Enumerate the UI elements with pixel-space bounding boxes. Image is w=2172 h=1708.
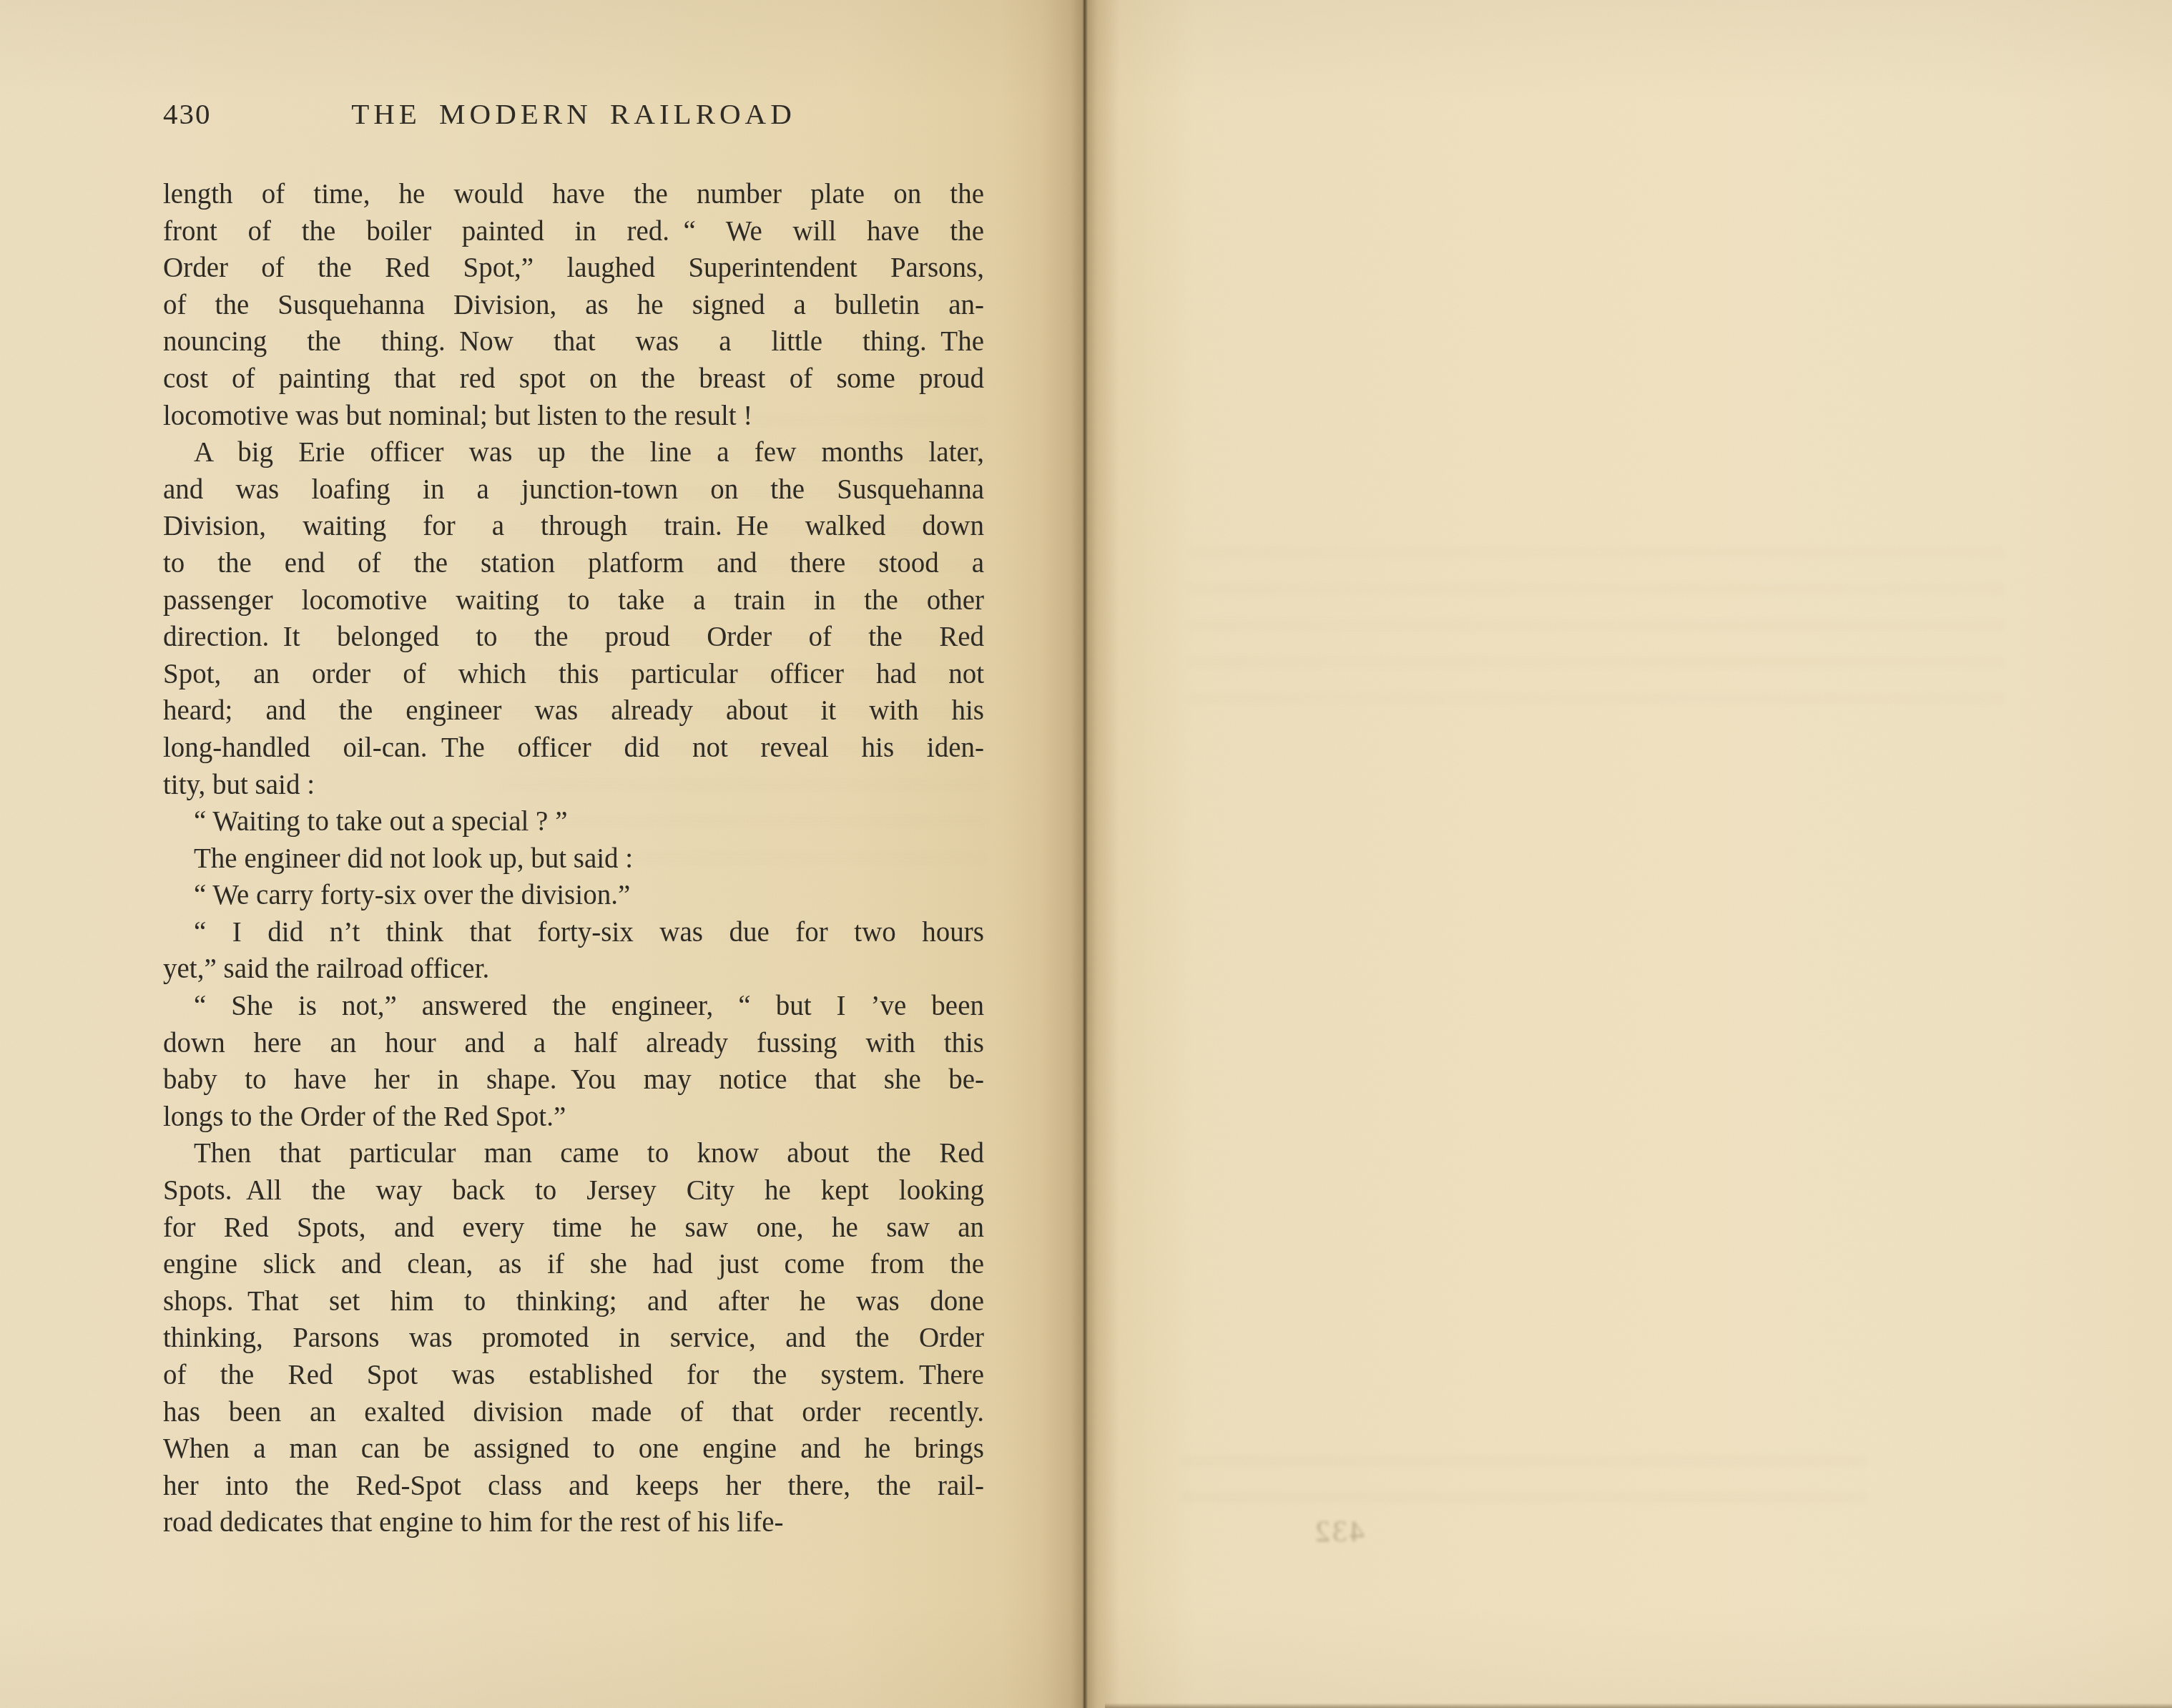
text-line: Order of the Red Spot,” laughed Superint… xyxy=(163,250,984,287)
text-line: “ We carry forty-six over the division.” xyxy=(163,877,984,914)
text-line: cost of painting that red spot on the br… xyxy=(163,360,984,398)
text-line: thinking, Parsons was promoted in servic… xyxy=(163,1320,984,1357)
text-line: front of the boiler painted in red. “ We… xyxy=(163,213,984,250)
text-line: of the Susquehanna Division, as he signe… xyxy=(163,287,984,324)
text-line: long-handled oil-can. The officer did no… xyxy=(163,730,984,767)
left-page: 430 THE MODERN RAILROAD length of time, … xyxy=(0,0,1088,1708)
text-line: to the end of the station platform and t… xyxy=(163,545,984,582)
text-line: Then that particular man came to know ab… xyxy=(163,1135,984,1172)
text-line: length of time, he would have the number… xyxy=(163,176,984,213)
show-through-page-number: 432 xyxy=(1313,1515,1365,1549)
text-line: “ Waiting to take out a special ? ” xyxy=(163,803,984,840)
text-line: nouncing the thing. Now that was a littl… xyxy=(163,323,984,360)
text-line: of the Red Spot was established for the … xyxy=(163,1357,984,1394)
book-spread-scan: { "book": { "left_page": { "page_number"… xyxy=(0,0,2172,1708)
text-line: for Red Spots, and every time he saw one… xyxy=(163,1209,984,1247)
right-page: 432 IN TOUCH WITH THE MEN 431 time upon … xyxy=(1088,0,2172,1708)
text-line: “ I did n’t think that forty-six was due… xyxy=(163,914,984,951)
running-title: THE MODERN RAILROAD xyxy=(351,97,796,130)
left-page-text: length of time, he would have the number… xyxy=(163,176,984,1541)
text-line: Spot, an order of which this particular … xyxy=(163,656,984,693)
text-line: yet,” said the railroad officer. xyxy=(163,951,984,988)
text-line: shops. That set him to thinking; and aft… xyxy=(163,1283,984,1320)
text-line: and was loafing in a junction-town on th… xyxy=(163,471,984,509)
text-line: has been an exalted division made of tha… xyxy=(163,1394,984,1431)
text-line: Division, waiting for a through train. H… xyxy=(163,508,984,545)
text-line: The engineer did not look up, but said : xyxy=(163,840,984,878)
text-line: passenger locomotive waiting to take a t… xyxy=(163,582,984,619)
text-line: engine slick and clean, as if she had ju… xyxy=(163,1246,984,1283)
text-line: road dedicates that engine to him for th… xyxy=(163,1504,984,1541)
text-line: baby to have her in shape. You may notic… xyxy=(163,1061,984,1099)
left-page-header: 430 THE MODERN RAILROAD xyxy=(163,92,984,136)
text-line: longs to the Order of the Red Spot.” xyxy=(163,1099,984,1136)
text-line: tity, but said : xyxy=(163,767,984,804)
text-line: direction. It belonged to the proud Orde… xyxy=(163,619,984,656)
page-number: 430 xyxy=(163,92,212,136)
show-through-smudge xyxy=(1181,1456,1867,1511)
text-line: A big Erie officer was up the line a few… xyxy=(163,434,984,471)
text-line: Spots. All the way back to Jersey City h… xyxy=(163,1172,984,1209)
show-through-smudge xyxy=(1188,547,2003,705)
text-line: locomotive was but nominal; but listen t… xyxy=(163,398,984,435)
text-line: her into the Red-Spot class and keeps he… xyxy=(163,1468,984,1505)
text-line: heard; and the engineer was already abou… xyxy=(163,692,984,730)
text-line: When a man can be assigned to one engine… xyxy=(163,1430,984,1468)
text-line: “ She is not,” answered the engineer, “ … xyxy=(163,988,984,1025)
text-line: down here an hour and a half already fus… xyxy=(163,1025,984,1062)
